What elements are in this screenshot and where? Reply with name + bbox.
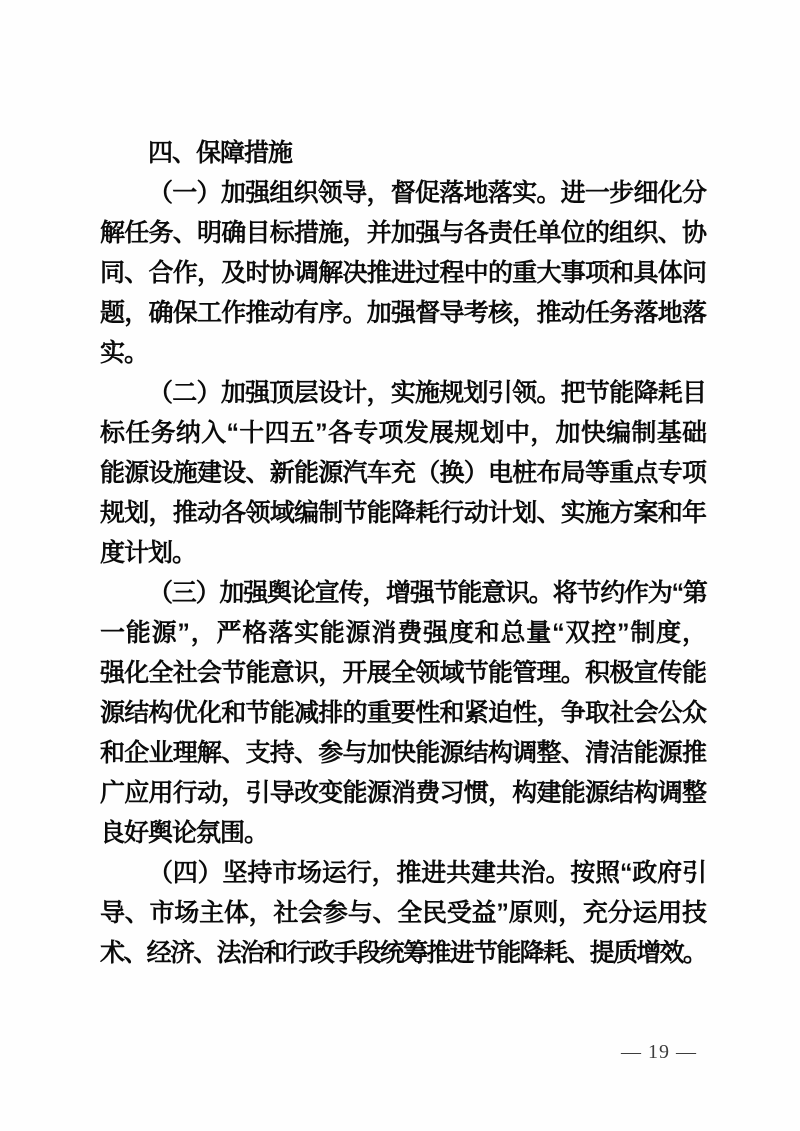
- page-number: — 19 —: [621, 1040, 697, 1064]
- text-line: 良好舆论氛围。: [100, 813, 706, 853]
- document-page: 四、保障措施 （一）加强组织领导，督促落地落实。进一步细化分 解任务、明确目标措…: [0, 0, 800, 1131]
- text-line: 源结构优化和节能减排的重要性和紧迫性，争取社会公众: [100, 693, 706, 733]
- text-line: 规划，推动各领域编制节能降耗行动计划、实施方案和年: [100, 493, 706, 533]
- text-line: （四）坚持市场运行，推进共建共治。按照“政府引: [100, 853, 706, 893]
- paragraph-3: （三）加强舆论宣传，增强节能意识。将节约作为“第 一能源”，严格落实能源消费强度…: [100, 573, 706, 853]
- text-line: （一）加强组织领导，督促落地落实。进一步细化分: [100, 173, 706, 213]
- text-line: 实。: [100, 333, 706, 373]
- text-line: 广应用行动，引导改变能源消费习惯，构建能源结构调整: [100, 773, 706, 813]
- text-line: 一能源”，严格落实能源消费强度和总量“双控”制度，: [100, 613, 706, 653]
- text-line: 强化全社会节能意识，开展全领域节能管理。积极宣传能: [100, 653, 706, 693]
- section-heading: 四、保障措施: [100, 133, 706, 173]
- text-line: 导、市场主体，社会参与、全民受益”原则，充分运用技: [100, 893, 706, 933]
- paragraph-4: （四）坚持市场运行，推进共建共治。按照“政府引 导、市场主体，社会参与、全民受益…: [100, 853, 706, 973]
- text-line: 标任务纳入“十四五”各专项发展规划中，加快编制基础: [100, 413, 706, 453]
- text-line: （三）加强舆论宣传，增强节能意识。将节约作为“第: [100, 573, 706, 613]
- text-line: 术、经济、法治和行政手段统筹推进节能降耗、提质增效。: [100, 933, 706, 973]
- text-line: 解任务、明确目标措施，并加强与各责任单位的组织、协: [100, 213, 706, 253]
- text-line: 同、合作，及时协调解决推进过程中的重大事项和具体问: [100, 253, 706, 293]
- paragraph-1: （一）加强组织领导，督促落地落实。进一步细化分 解任务、明确目标措施，并加强与各…: [100, 173, 706, 373]
- text-line: （二）加强顶层设计，实施规划引领。把节能降耗目: [100, 373, 706, 413]
- text-line: 和企业理解、支持、参与加快能源结构调整、清洁能源推: [100, 733, 706, 773]
- text-line: 度计划。: [100, 533, 706, 573]
- text-line: 题，确保工作推动有序。加强督导考核，推动任务落地落: [100, 293, 706, 333]
- text-line: 能源设施建设、新能源汽车充（换）电桩布局等重点专项: [100, 453, 706, 493]
- document-body: 四、保障措施 （一）加强组织领导，督促落地落实。进一步细化分 解任务、明确目标措…: [100, 133, 706, 973]
- paragraph-2: （二）加强顶层设计，实施规划引领。把节能降耗目 标任务纳入“十四五”各专项发展规…: [100, 373, 706, 573]
